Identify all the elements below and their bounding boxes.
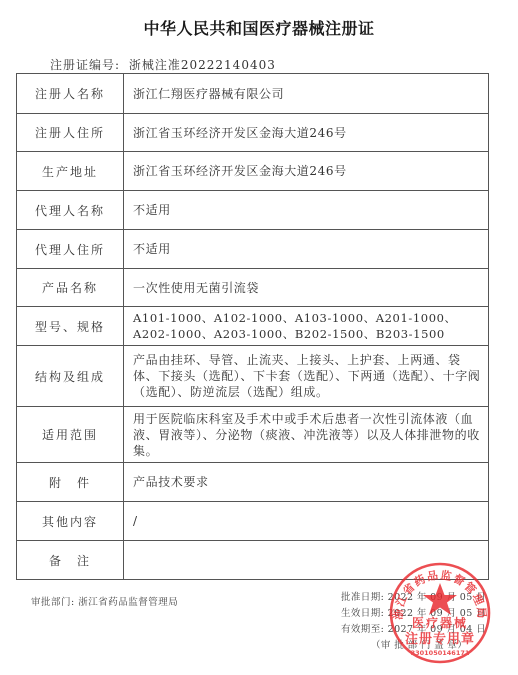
row-label: 代理人住所: [17, 230, 124, 269]
table-row-registrant-name: 注册人名称 浙江仁翔医疗器械有限公司: [17, 74, 489, 114]
row-value: 浙江省玉环经济开发区金海大道246号: [124, 114, 489, 152]
row-value: 产品由挂环、导管、止流夹、上接头、上护套、上两通、袋体、下接头（选配）、下卡套（…: [124, 346, 489, 407]
row-value: 用于医院临床科室及手术中或手术后患者一次性引流体液（血液、胃液等）、分泌物（痰液…: [124, 407, 489, 463]
row-label: 其他内容: [17, 502, 124, 541]
table-row-registrant-address: 注册人住所 浙江省玉环经济开发区金海大道246号: [17, 114, 489, 152]
effective-date: 生效日期: 2022 年 09 月 05 日: [341, 606, 486, 622]
table-row-agent-address: 代理人住所 不适用: [17, 230, 489, 269]
row-value: 产品技术要求: [124, 463, 489, 502]
row-label: 结构及组成: [17, 346, 124, 407]
registration-number: 浙械注准20222140403: [129, 58, 276, 72]
row-label: 生产地址: [17, 152, 124, 191]
row-value: 不适用: [124, 230, 489, 269]
dates-block: 批准日期: 2022 年 09 月 05 日 生效日期: 2022 年 09 月…: [341, 590, 486, 654]
row-value: /: [124, 502, 489, 541]
row-label: 注册人名称: [17, 74, 124, 114]
table-row-other: 其他内容 /: [17, 502, 489, 541]
row-label: 型号、规格: [17, 307, 124, 346]
certificate-title: 中华人民共和国医疗器械注册证: [0, 16, 518, 39]
table-row-structure: 结构及组成 产品由挂环、导管、止流夹、上接头、上护套、上两通、袋体、下接头（选配…: [17, 346, 489, 407]
row-value: 浙江省玉环经济开发区金海大道246号: [124, 152, 489, 191]
row-label: 备 注: [17, 541, 124, 580]
row-label: 适用范围: [17, 407, 124, 463]
approval-department: 审批部门: 浙江省药品监督管理局: [31, 594, 178, 608]
row-value: 浙江仁翔医疗器械有限公司: [124, 74, 489, 114]
registration-number-label: 注册证编号:: [50, 58, 120, 72]
row-value: A101-1000、A102-1000、A103-1000、A201-1000、…: [124, 307, 489, 346]
table-row-attachment: 附 件 产品技术要求: [17, 463, 489, 502]
certificate-table: 注册人名称 浙江仁翔医疗器械有限公司 注册人住所 浙江省玉环经济开发区金海大道2…: [16, 73, 489, 580]
row-label: 附 件: [17, 463, 124, 502]
approval-date: 批准日期: 2022 年 09 月 05 日: [341, 590, 486, 606]
row-label: 注册人住所: [17, 114, 124, 152]
row-value: 一次性使用无菌引流袋: [124, 269, 489, 307]
valid-until: 有效期至: 2027 年 09 月 04 日: [341, 622, 486, 638]
table-row-remarks: 备 注: [17, 541, 489, 580]
table-row-scope: 适用范围 用于医院临床科室及手术中或手术后患者一次性引流体液（血液、胃液等）、分…: [17, 407, 489, 463]
row-label: 产品名称: [17, 269, 124, 307]
row-label: 代理人名称: [17, 191, 124, 230]
row-value: [124, 541, 489, 580]
row-value: 不适用: [124, 191, 489, 230]
table-row-production-address: 生产地址 浙江省玉环经济开发区金海大道246号: [17, 152, 489, 191]
table-row-product-name: 产品名称 一次性使用无菌引流袋: [17, 269, 489, 307]
registration-number-line: 注册证编号: 浙械注准20222140403: [50, 56, 276, 73]
table-row-agent-name: 代理人名称 不适用: [17, 191, 489, 230]
table-row-models: 型号、规格 A101-1000、A102-1000、A103-1000、A201…: [17, 307, 489, 346]
seal-note: （审 批 部 门 盖 章）: [341, 638, 486, 654]
